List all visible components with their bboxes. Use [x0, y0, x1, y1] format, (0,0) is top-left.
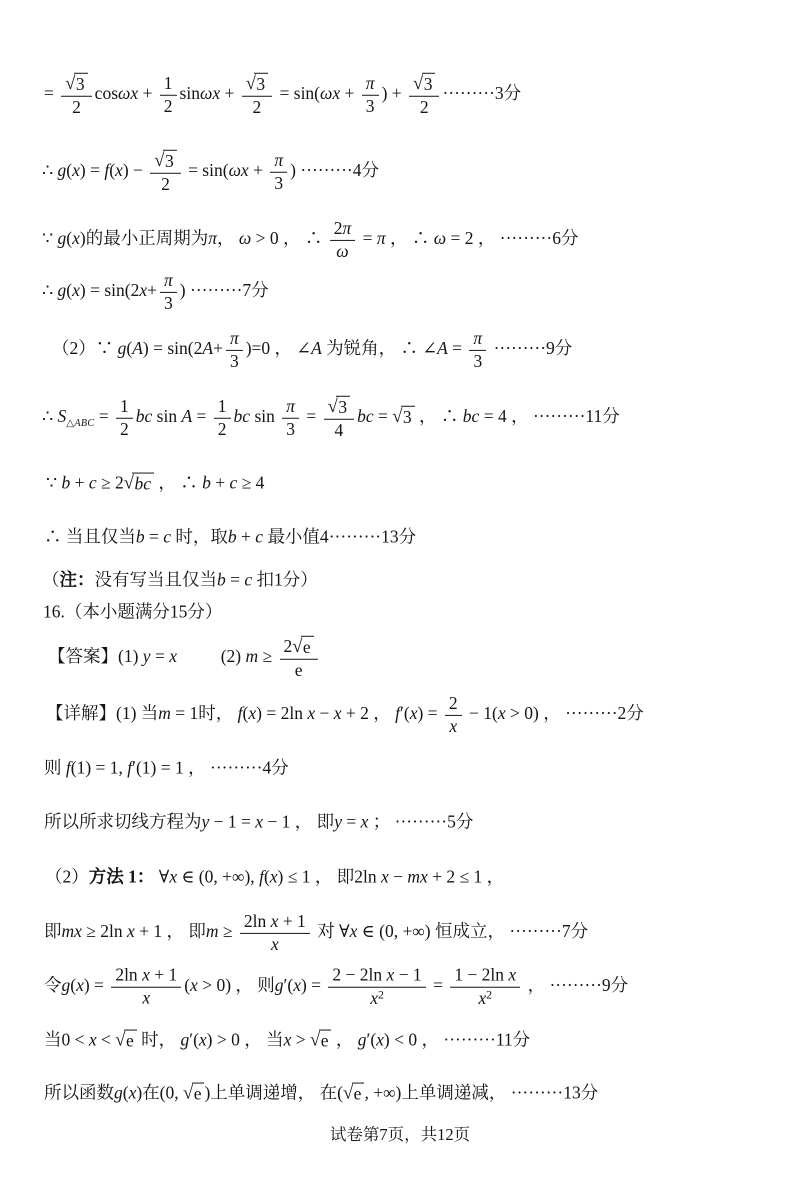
math-variable: mx [407, 867, 427, 887]
sqrt: √3 [65, 73, 87, 95]
fraction: √34 [324, 396, 354, 440]
math-line-3: ∵ g(x)的最小正周期为π， ω > 0 ， ∴ 2πω = π ， ∴ ω … [42, 219, 578, 261]
text-token: ∴ [42, 406, 58, 426]
subscript: △ABC [66, 418, 94, 429]
math-line-12: 【详解】(1) 当m = 1时， f(x) = 2ln x − x + 2 ， … [46, 694, 644, 736]
math-variable: π [208, 228, 217, 248]
math-variable: A [437, 338, 448, 358]
radicand: e [124, 1030, 137, 1052]
text-token: ， [217, 228, 239, 248]
denominator: 3 [160, 293, 177, 314]
numerator: 2ln x + 1 [111, 966, 181, 988]
math-variable: x [139, 280, 147, 300]
math-variable: A [132, 338, 143, 358]
score-marker: ·········6分 [500, 228, 579, 248]
text-token: sin [152, 406, 181, 426]
text-token: 3 [165, 151, 174, 171]
numerator: √3 [150, 150, 180, 174]
text-token: + [220, 83, 239, 103]
text-token: 2ln [115, 965, 142, 985]
bold-text: 方法 1： [89, 867, 155, 887]
text-token: + 1 [150, 965, 177, 985]
text-token: ) [180, 280, 190, 300]
math-line-5: （2）∵ g(A) = sin(2A+π3)=0 ， ∠A 为锐角， ∴ ∠A … [52, 329, 572, 371]
math-variable: x [169, 867, 177, 887]
math-variable: x [115, 160, 123, 180]
math-line-18: 当0 < x < √e 时， g′(x) > 0 ， 当x > √e ， g′(… [44, 1029, 530, 1052]
score-marker: ·········4分 [300, 160, 379, 180]
numerator: 2√e [280, 636, 318, 660]
math-line-13: 则 f(1) = 1, f′(1) = 1 ， ·········4分 [44, 757, 289, 780]
fraction: 2ln x + 1x [240, 912, 310, 954]
math-variable: A [181, 406, 192, 426]
text-token: 令 [44, 975, 62, 995]
radicand: e [301, 636, 314, 658]
text-token: + 2 ≤ 1 ， [428, 867, 504, 887]
text-token: e [303, 637, 311, 657]
page-footer: 试卷第7页，共12页 [0, 1121, 800, 1145]
text-token: e [194, 1084, 202, 1104]
fraction: π3 [160, 271, 177, 313]
text-token: ′(1) = 1 ， [132, 758, 210, 778]
text-token: 3 [76, 74, 85, 94]
text-token: （ [42, 570, 60, 590]
fraction: √32 [242, 73, 272, 117]
math-variable: x [370, 988, 378, 1008]
text-token: 3 [403, 407, 412, 427]
math-variable: x [169, 646, 177, 666]
denominator: ω [332, 241, 352, 262]
text-token: − 1 [394, 965, 421, 985]
text-token: 2 [161, 174, 170, 194]
math-variable: b [228, 527, 237, 547]
text-token: 2 [420, 97, 429, 117]
text-token: (1) = 1, [71, 758, 128, 778]
text-token: + 1 ， 即 [135, 921, 206, 941]
sqrt: √bc [124, 473, 154, 495]
math-variable: m [206, 921, 219, 941]
text-token: 4 [335, 420, 344, 440]
math-variable: m [246, 646, 259, 666]
text-token: 1 [120, 396, 129, 416]
text-token: ) = [417, 703, 441, 723]
numerator: π [282, 397, 299, 419]
text-token: = sin( [275, 83, 320, 103]
math-variable: ω [434, 228, 446, 248]
math-variable: b [217, 570, 226, 590]
denominator: 3 [469, 351, 486, 372]
text-token: > [291, 1030, 310, 1050]
text-token: 2 [218, 419, 227, 439]
denominator: 2 [249, 97, 266, 118]
text-token: ≥ [258, 646, 276, 666]
numerator: 2ln x + 1 [240, 912, 310, 934]
math-variable: b [202, 473, 211, 493]
radicand: 3 [422, 73, 436, 95]
denominator: 2 [157, 174, 174, 195]
math-variable: π [164, 270, 173, 290]
text-token: 最小值4 [263, 527, 329, 547]
text-token: − 1 = [209, 812, 255, 832]
text-token: sin [250, 406, 279, 426]
numerator: 1 [160, 74, 177, 96]
math-variable: x [271, 934, 279, 954]
math-variable: x [376, 1030, 384, 1050]
score-marker: ·········13分 [329, 527, 416, 547]
sqrt: √e [310, 1030, 331, 1052]
text-token: ′( [284, 975, 294, 995]
text-token: ′( [189, 1030, 199, 1050]
fraction: √32 [150, 150, 180, 194]
text-token: ≥ 2 [97, 473, 124, 493]
text-token: 1 − 2ln [454, 965, 508, 985]
text-token: ) = sin(2 [143, 338, 202, 358]
text-token: , +∞)上单调递减， [364, 1083, 510, 1103]
text-token: ≥ [219, 921, 237, 941]
math-variable: x [130, 83, 138, 103]
text-token: = [302, 406, 321, 426]
text-token: 【答案】(1) [48, 646, 143, 666]
math-line-14: 所以所求切线方程为y − 1 = x − 1 ， 即y = x ； ······… [44, 811, 473, 834]
math-variable: m [158, 703, 171, 723]
text-token: 3 [274, 173, 283, 193]
denominator: x [138, 988, 154, 1009]
math-variable: x [381, 867, 389, 887]
fraction: 2πω [330, 219, 356, 261]
math-variable: x [212, 83, 220, 103]
fraction: π3 [270, 151, 287, 193]
text-token: + [147, 280, 157, 300]
math-variable: c [89, 473, 97, 493]
math-variable: ω [239, 228, 251, 248]
denominator: x [445, 716, 461, 737]
score-marker: ·········9分 [494, 338, 573, 358]
numerator: 2 − 2ln x − 1 [328, 966, 425, 988]
text-token: ′( [366, 1030, 376, 1050]
text-token: 3 [256, 74, 265, 94]
text-token: − [315, 703, 334, 723]
text-token: 2 [253, 97, 262, 117]
text-token: = [342, 812, 361, 832]
text-token: = [358, 228, 377, 248]
math-line-4: ∴ g(x) = sin(2x+π3) ·········7分 [42, 271, 269, 313]
text-token: 即 [44, 921, 62, 941]
text-token: = sin( [184, 160, 229, 180]
text-token: ； [368, 812, 394, 832]
text-token: )在(0, [136, 1083, 183, 1103]
math-line-1: = √32cosωx + 12sinωx + √32 = sin(ωx + π3… [44, 73, 521, 117]
text-token: 的最小正周期为 [86, 228, 209, 248]
text-token: 没有写当且仅当 [95, 570, 218, 590]
math-line-7: ∵ b + c ≥ 2√bc ， ∴ b + c ≥ 4 [46, 472, 264, 495]
math-variable: b [62, 473, 71, 493]
math-line-10: 16.（本小题满分15分） [43, 601, 222, 624]
math-variable: π [274, 150, 283, 170]
score-marker: ·········11分 [443, 1030, 530, 1050]
text-token: 2 [164, 96, 173, 116]
text-token: cos [95, 83, 118, 103]
math-line-15: （2）方法 1： ∀x ∈ (0, +∞), f(x) ≤ 1 ， 即2ln x… [45, 866, 504, 889]
text-token: = [374, 406, 393, 426]
sqrt: √3 [392, 406, 414, 428]
sqrt: √e [343, 1083, 364, 1105]
text-token: (2) [177, 646, 246, 666]
math-variable: x [142, 965, 150, 985]
math-variable: x [498, 703, 506, 723]
math-variable: c [163, 527, 171, 547]
text-token: 2 [449, 693, 458, 713]
score-marker: ·········4分 [210, 758, 289, 778]
text-token: = 2 ， [446, 228, 500, 248]
text-token: + [211, 473, 230, 493]
text-token: ′( [400, 703, 410, 723]
math-variable: x [72, 160, 80, 180]
math-line-19: 所以函数g(x)在(0, √e)上单调递增， 在(√e, +∞)上单调递减， ·… [44, 1082, 598, 1105]
numerator: √3 [409, 73, 439, 97]
math-variable: bc [463, 406, 480, 426]
text-token: 时， [137, 1030, 181, 1050]
fraction: π3 [362, 74, 379, 116]
text-token: ≥ 4 [237, 473, 264, 493]
math-variable: x [248, 703, 256, 723]
text-token: = 4 ， [479, 406, 533, 426]
text-token: 2 [284, 636, 293, 656]
text-token: + [138, 83, 157, 103]
text-token: = 1时， [171, 703, 238, 723]
text-token: ≥ 2ln [82, 921, 127, 941]
text-token: ， [523, 975, 549, 995]
score-marker: ·········5分 [395, 812, 474, 832]
math-line-8: ∴ 当且仅当b = c 时，取b + c 最小值4·········13分 [44, 526, 416, 549]
text-token: 当0 < [44, 1030, 89, 1050]
text-token: 3 [424, 74, 433, 94]
math-variable: A [202, 338, 213, 358]
text-token: ， ∴ [154, 473, 202, 493]
numerator: √3 [324, 396, 354, 420]
text-token: = [448, 338, 467, 358]
text-token: )=0 ， ∠ [246, 338, 311, 358]
text-token: = [151, 646, 170, 666]
fraction: π3 [469, 329, 486, 371]
text-token: ∴ [42, 160, 58, 180]
text-token: ∵ [42, 228, 58, 248]
math-variable: ω [229, 160, 241, 180]
denominator: e [291, 660, 307, 681]
fraction: 2ln x + 1x [111, 966, 181, 1008]
math-variable: y [334, 812, 342, 832]
math-variable: g [180, 1030, 189, 1050]
text-token: 1 [218, 396, 227, 416]
text-token: = [192, 406, 211, 426]
text-token: > 0) ， 则 [198, 975, 275, 995]
text-token: e [295, 660, 303, 680]
radicand: 3 [163, 150, 177, 172]
math-variable: bc [136, 406, 153, 426]
denominator: 3 [362, 96, 379, 117]
text-token: 2 − 2ln [332, 965, 386, 985]
math-variable: x [332, 83, 340, 103]
math-variable: A [311, 338, 322, 358]
math-variable: x [255, 812, 263, 832]
text-token: （2） [45, 867, 89, 887]
math-variable: bc [357, 406, 374, 426]
bold-text: 注： [60, 570, 95, 590]
math-variable: x [89, 1030, 97, 1050]
text-token: = [145, 527, 164, 547]
text-token: ) = 2ln [256, 703, 307, 723]
math-variable: c [244, 570, 252, 590]
math-variable: b [136, 527, 145, 547]
radicand: e [352, 1083, 365, 1105]
text-token: sin [180, 83, 200, 103]
math-line-16: 即mx ≥ 2ln x + 1 ， 即m ≥ 2ln x + 1x 对 ∀x ∈… [44, 912, 588, 954]
text-token: ， ∴ [415, 406, 463, 426]
text-token: 【详解】(1) 当 [46, 703, 158, 723]
text-token: < [97, 1030, 116, 1050]
math-variable: π [342, 218, 351, 238]
math-variable: S [58, 406, 67, 426]
denominator: x2 [366, 987, 388, 1008]
numerator: π [469, 329, 486, 351]
page-number-text: 试卷第7页，共12页 [330, 1125, 470, 1144]
text-token: 3 [230, 351, 239, 371]
text-token: ， [331, 1030, 357, 1050]
denominator: 2 [116, 419, 133, 440]
text-token: ) + [382, 83, 406, 103]
radicand: 3 [254, 73, 268, 95]
numerator: 2π [330, 219, 356, 241]
math-variable: x [190, 975, 198, 995]
score-marker: ·········7分 [509, 921, 588, 941]
text-token: 3 [473, 351, 482, 371]
fraction: 2x [445, 694, 462, 736]
math-variable: bc [134, 474, 151, 494]
text-token: + [213, 338, 223, 358]
text-token: ) = [301, 975, 325, 995]
text-token: + [70, 473, 89, 493]
math-variable: π [230, 328, 239, 348]
math-variable: x [508, 965, 516, 985]
text-token: 对 ∀ [313, 921, 350, 941]
math-line-6: ∴ S△ABC = 12bc sin A = 12bc sin π3 = √34… [42, 396, 620, 440]
text-token: 则 [44, 758, 66, 778]
text-token: ) [290, 160, 300, 180]
math-variable: g [62, 975, 71, 995]
radicand: 3 [401, 406, 415, 428]
text-token: 时，取 [171, 527, 228, 547]
denominator: 2 [68, 97, 85, 118]
text-token: + [340, 83, 359, 103]
sqrt: √3 [154, 150, 176, 172]
math-variable: x [270, 867, 278, 887]
text-token: ) − [123, 160, 147, 180]
numerator: π [226, 329, 243, 351]
numerator: √3 [61, 73, 91, 97]
numerator: π [270, 151, 287, 173]
fraction: 12 [116, 397, 133, 439]
text-token: 2ln [244, 911, 271, 931]
math-variable: x [293, 975, 301, 995]
radicand: bc [132, 473, 154, 495]
text-token: ) < 0 ， [384, 1030, 443, 1050]
fraction: 1 − 2ln xx2 [450, 966, 520, 1009]
text-token: − 1 ， 即 [263, 812, 334, 832]
math-variable: bc [234, 406, 251, 426]
text-token: ∀ [154, 867, 169, 887]
text-token: 扣1分） [252, 570, 318, 590]
denominator: 3 [270, 173, 287, 194]
fraction: 12 [160, 74, 177, 116]
math-variable: x [307, 703, 315, 723]
text-token: 2 [72, 97, 81, 117]
math-variable: x [72, 228, 80, 248]
denominator: 3 [282, 419, 299, 440]
exam-solution-document: = √32cosωx + 12sinωx + √32 = sin(ωx + π3… [0, 0, 800, 1187]
math-variable: x [334, 703, 342, 723]
math-variable: π [377, 228, 386, 248]
numerator: 1 [116, 397, 133, 419]
text-token: 16.（本小题满分15分） [43, 602, 222, 622]
score-marker: ·········2分 [565, 703, 644, 723]
text-token: ) = [84, 975, 108, 995]
math-line-17: 令g(x) = 2ln x + 1x(x > 0) ， 则g′(x) = 2 −… [44, 966, 628, 1009]
math-variable: c [255, 527, 263, 547]
math-variable: π [366, 73, 375, 93]
math-variable: g [275, 975, 284, 995]
math-variable: ω [200, 83, 212, 103]
text-token: e [354, 1084, 362, 1104]
math-variable: x [241, 160, 249, 180]
text-token: > 0 ， ∴ [251, 228, 327, 248]
numerator: 1 [214, 397, 231, 419]
text-token: + 2 ， [342, 703, 396, 723]
score-marker: ·········3分 [442, 83, 521, 103]
fraction: π3 [226, 329, 243, 371]
sqrt: √e [183, 1083, 204, 1105]
math-variable: ω [320, 83, 332, 103]
text-token: ) = [80, 160, 104, 180]
text-token: ) ≤ 1 ， 即2ln [278, 867, 381, 887]
math-variable: π [473, 328, 482, 348]
math-variable: g [58, 280, 67, 300]
text-token: )上单调递增， 在( [204, 1083, 343, 1103]
denominator: 2 [214, 419, 231, 440]
text-token: ) = sin(2 [80, 280, 139, 300]
text-token: 3 [164, 293, 173, 313]
score-marker: ·········11分 [533, 406, 620, 426]
text-token: = [226, 570, 245, 590]
text-token: ∴ 当且仅当 [44, 527, 136, 547]
text-token: + [249, 160, 268, 180]
denominator: 4 [331, 420, 348, 441]
sqrt: √e [115, 1030, 136, 1052]
numerator: π [160, 271, 177, 293]
text-token: 所以函数 [44, 1083, 114, 1103]
text-token: − 1( [465, 703, 498, 723]
superscript: 2 [378, 987, 384, 1001]
score-marker: ·········7分 [190, 280, 269, 300]
math-variable: ω [336, 241, 348, 261]
math-variable: x [72, 280, 80, 300]
math-variable: ω [118, 83, 130, 103]
text-token: ∴ [42, 280, 58, 300]
math-line-9: （注：没有写当且仅当b = c 扣1分） [42, 569, 318, 592]
text-token: ) > 0 ， 当 [207, 1030, 284, 1050]
text-token: = [94, 406, 113, 426]
math-variable: x [76, 975, 84, 995]
fraction: 2 − 2ln x − 1x2 [328, 966, 425, 1009]
text-token: + 1 [278, 911, 305, 931]
